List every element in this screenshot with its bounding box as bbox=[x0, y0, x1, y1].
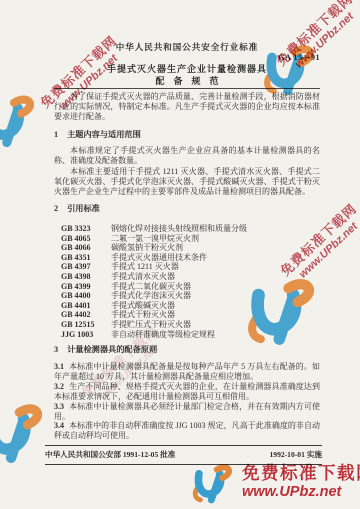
standard-number: GA 15—91 bbox=[278, 53, 320, 62]
clause-number: 3.1 bbox=[54, 362, 64, 371]
reference-row: GB 12515手提贮压式干粉灭火器 bbox=[61, 320, 320, 330]
reference-row: JJG 1003非自动秤准确度等级检定规程 bbox=[61, 330, 320, 340]
clause-number: 3.2 bbox=[54, 382, 64, 391]
section-2-heading: 2引用标准 bbox=[54, 203, 320, 214]
section-3-heading: 3计量检测器具的配备原则 bbox=[54, 344, 320, 355]
section-2-number: 2 bbox=[54, 204, 58, 213]
reference-row: GB 4065二氟一氯一溴甲烷灭火剂 bbox=[61, 234, 320, 244]
reference-code: GB 4065 bbox=[61, 234, 103, 244]
reference-code: GB 4398 bbox=[61, 272, 103, 282]
reference-standards-list: GB 3323钢熔化焊对接接头射线照相和质量分级 GB 4065二氟一氯一溴甲烷… bbox=[61, 224, 320, 339]
reference-row: GB 4351手提式灭火器通用技术条件 bbox=[61, 253, 320, 263]
page-content: 中华人民共和国公共安全行业标准 GA 15—91 手提式灭火器生产企业计量检测器… bbox=[54, 0, 320, 509]
reference-title: 手提式干粉灭火器 bbox=[111, 310, 175, 320]
reference-code: GB 4066 bbox=[61, 243, 103, 253]
section-1-title: 主题内容与适用范围 bbox=[67, 130, 141, 139]
section-2-title: 引用标准 bbox=[67, 204, 100, 213]
approval-text: 中华人民共和国公安部 1991-12-05 批准 bbox=[45, 449, 175, 460]
reference-title: 手提式酸碱灭火器 bbox=[111, 301, 175, 311]
reference-code: GB 12515 bbox=[61, 320, 103, 330]
reference-code: GB 4397 bbox=[61, 262, 103, 272]
clause-text: 生产不同品种、规格手提式灭火器的企业，在计量检测器具准确度达到本标准要求情况下，… bbox=[54, 382, 320, 401]
clause: 3.1本标准中计量检测器具配备量是按每种产品年产 5 万具左右配备的。如年产量超… bbox=[54, 362, 320, 382]
reference-title: 二氟一氯一溴甲烷灭火剂 bbox=[111, 234, 199, 244]
clause-number: 3.3 bbox=[54, 402, 64, 411]
reference-row: GB 4399手提式二氧化碳灭火器 bbox=[61, 282, 320, 292]
clause: 3.3本标准中计量检测器具必须经计量部门检定合格，并在有效期内方可使用。 bbox=[54, 402, 320, 422]
reference-code: GB 4399 bbox=[61, 282, 103, 292]
clause-text: 本标准中计量检测器具配备量是按每种产品年产 5 万具左右配备的。如年产量超过 1… bbox=[54, 362, 320, 381]
reference-row: GB 4066碳酸氢钠干粉灭火剂 bbox=[61, 243, 320, 253]
clause-number: 3.4 bbox=[54, 421, 64, 430]
implementation-text: 1992-10-01 实施 bbox=[269, 449, 322, 460]
reference-code: GB 4351 bbox=[61, 253, 103, 263]
section-3-clauses: 3.1本标准中计量检测器具配备量是按每种产品年产 5 万具左右配备的。如年产量超… bbox=[54, 362, 320, 441]
reference-title: 手提式 1211 灭火器 bbox=[111, 262, 179, 272]
reference-row: GB 4402手提式干粉灭火器 bbox=[61, 310, 320, 320]
document-page: 中华人民共和国公共安全行业标准 GA 15—91 手提式灭火器生产企业计量检测器… bbox=[0, 0, 360, 509]
reference-code: GB 4402 bbox=[61, 310, 103, 320]
reference-row: GB 4397手提式 1211 灭火器 bbox=[61, 262, 320, 272]
document-footer: 中华人民共和国公安部 1991-12-05 批准 1992-10-01 实施 bbox=[45, 445, 322, 465]
reference-row: GB 3323钢熔化焊对接接头射线照相和质量分级 bbox=[61, 224, 320, 234]
reference-title: 手提式灭火器通用技术条件 bbox=[111, 253, 207, 263]
reference-code: GB 4400 bbox=[61, 291, 103, 301]
reference-row: GB 4401手提式酸碱灭火器 bbox=[61, 301, 320, 311]
clause-text: 本标准中计量检测器具必须经计量部门检定合格，并在有效期内方可使用。 bbox=[54, 402, 320, 421]
standard-type-line: 中华人民共和国公共安全行业标准 bbox=[54, 41, 320, 53]
section-3-title: 计量检测器具的配备原则 bbox=[67, 345, 157, 354]
section-1-heading: 1主题内容与适用范围 bbox=[54, 129, 320, 140]
intro-paragraph: 为了保证手提式灭火器的产品质量、完善计量检测手段，根据消防器材行业的实际情况，特… bbox=[54, 92, 320, 121]
reference-code: GB 4401 bbox=[61, 301, 103, 311]
section-1-paragraph-1: 本标准规定了手提式灭火器生产企业应具备的基本计量检测器具的名称、准确度及配备数量… bbox=[54, 146, 320, 166]
clause: 3.2生产不同品种、规格手提式灭火器的企业，在计量检测器具准确度达到本标准要求情… bbox=[54, 382, 320, 402]
clause-text: 本标准中的非自动秤准确度按 JJG 1003 规定，凡高于此准确度的非自动秤或自… bbox=[54, 421, 320, 440]
reference-title: 手提式化学泡沫灭火器 bbox=[111, 291, 191, 301]
reference-row: GB 4400手提式化学泡沫灭火器 bbox=[61, 291, 320, 301]
reference-title: 碳酸氢钠干粉灭火剂 bbox=[111, 243, 183, 253]
reference-code: JJG 1003 bbox=[61, 330, 103, 340]
document-subtitle: 配 备 规 范 bbox=[54, 74, 320, 87]
reference-code: GB 3323 bbox=[61, 224, 103, 234]
clause: 3.4本标准中的非自动秤准确度按 JJG 1003 规定，凡高于此准确度的非自动… bbox=[54, 421, 320, 441]
upbz-logo-icon bbox=[0, 90, 34, 148]
upbz-logo-icon bbox=[0, 398, 42, 464]
reference-row: GB 4398手提式清水灭火器 bbox=[61, 272, 320, 282]
section-1-number: 1 bbox=[54, 130, 58, 139]
reference-title: 手提贮压式干粉灭火器 bbox=[111, 320, 191, 330]
section-3-number: 3 bbox=[54, 345, 58, 354]
reference-title: 钢熔化焊对接接头射线照相和质量分级 bbox=[111, 224, 247, 234]
section-1-paragraph-2: 本标准主要适用于手提式 1211 灭火器、手提式清水灭火器、手提式二氧化碳灭火器… bbox=[54, 167, 320, 196]
header-divider bbox=[54, 88, 320, 89]
reference-title: 手提式二氧化碳灭火器 bbox=[111, 282, 191, 292]
reference-title: 非自动秤准确度等级检定规程 bbox=[111, 330, 215, 340]
reference-title: 手提式清水灭火器 bbox=[111, 272, 175, 282]
